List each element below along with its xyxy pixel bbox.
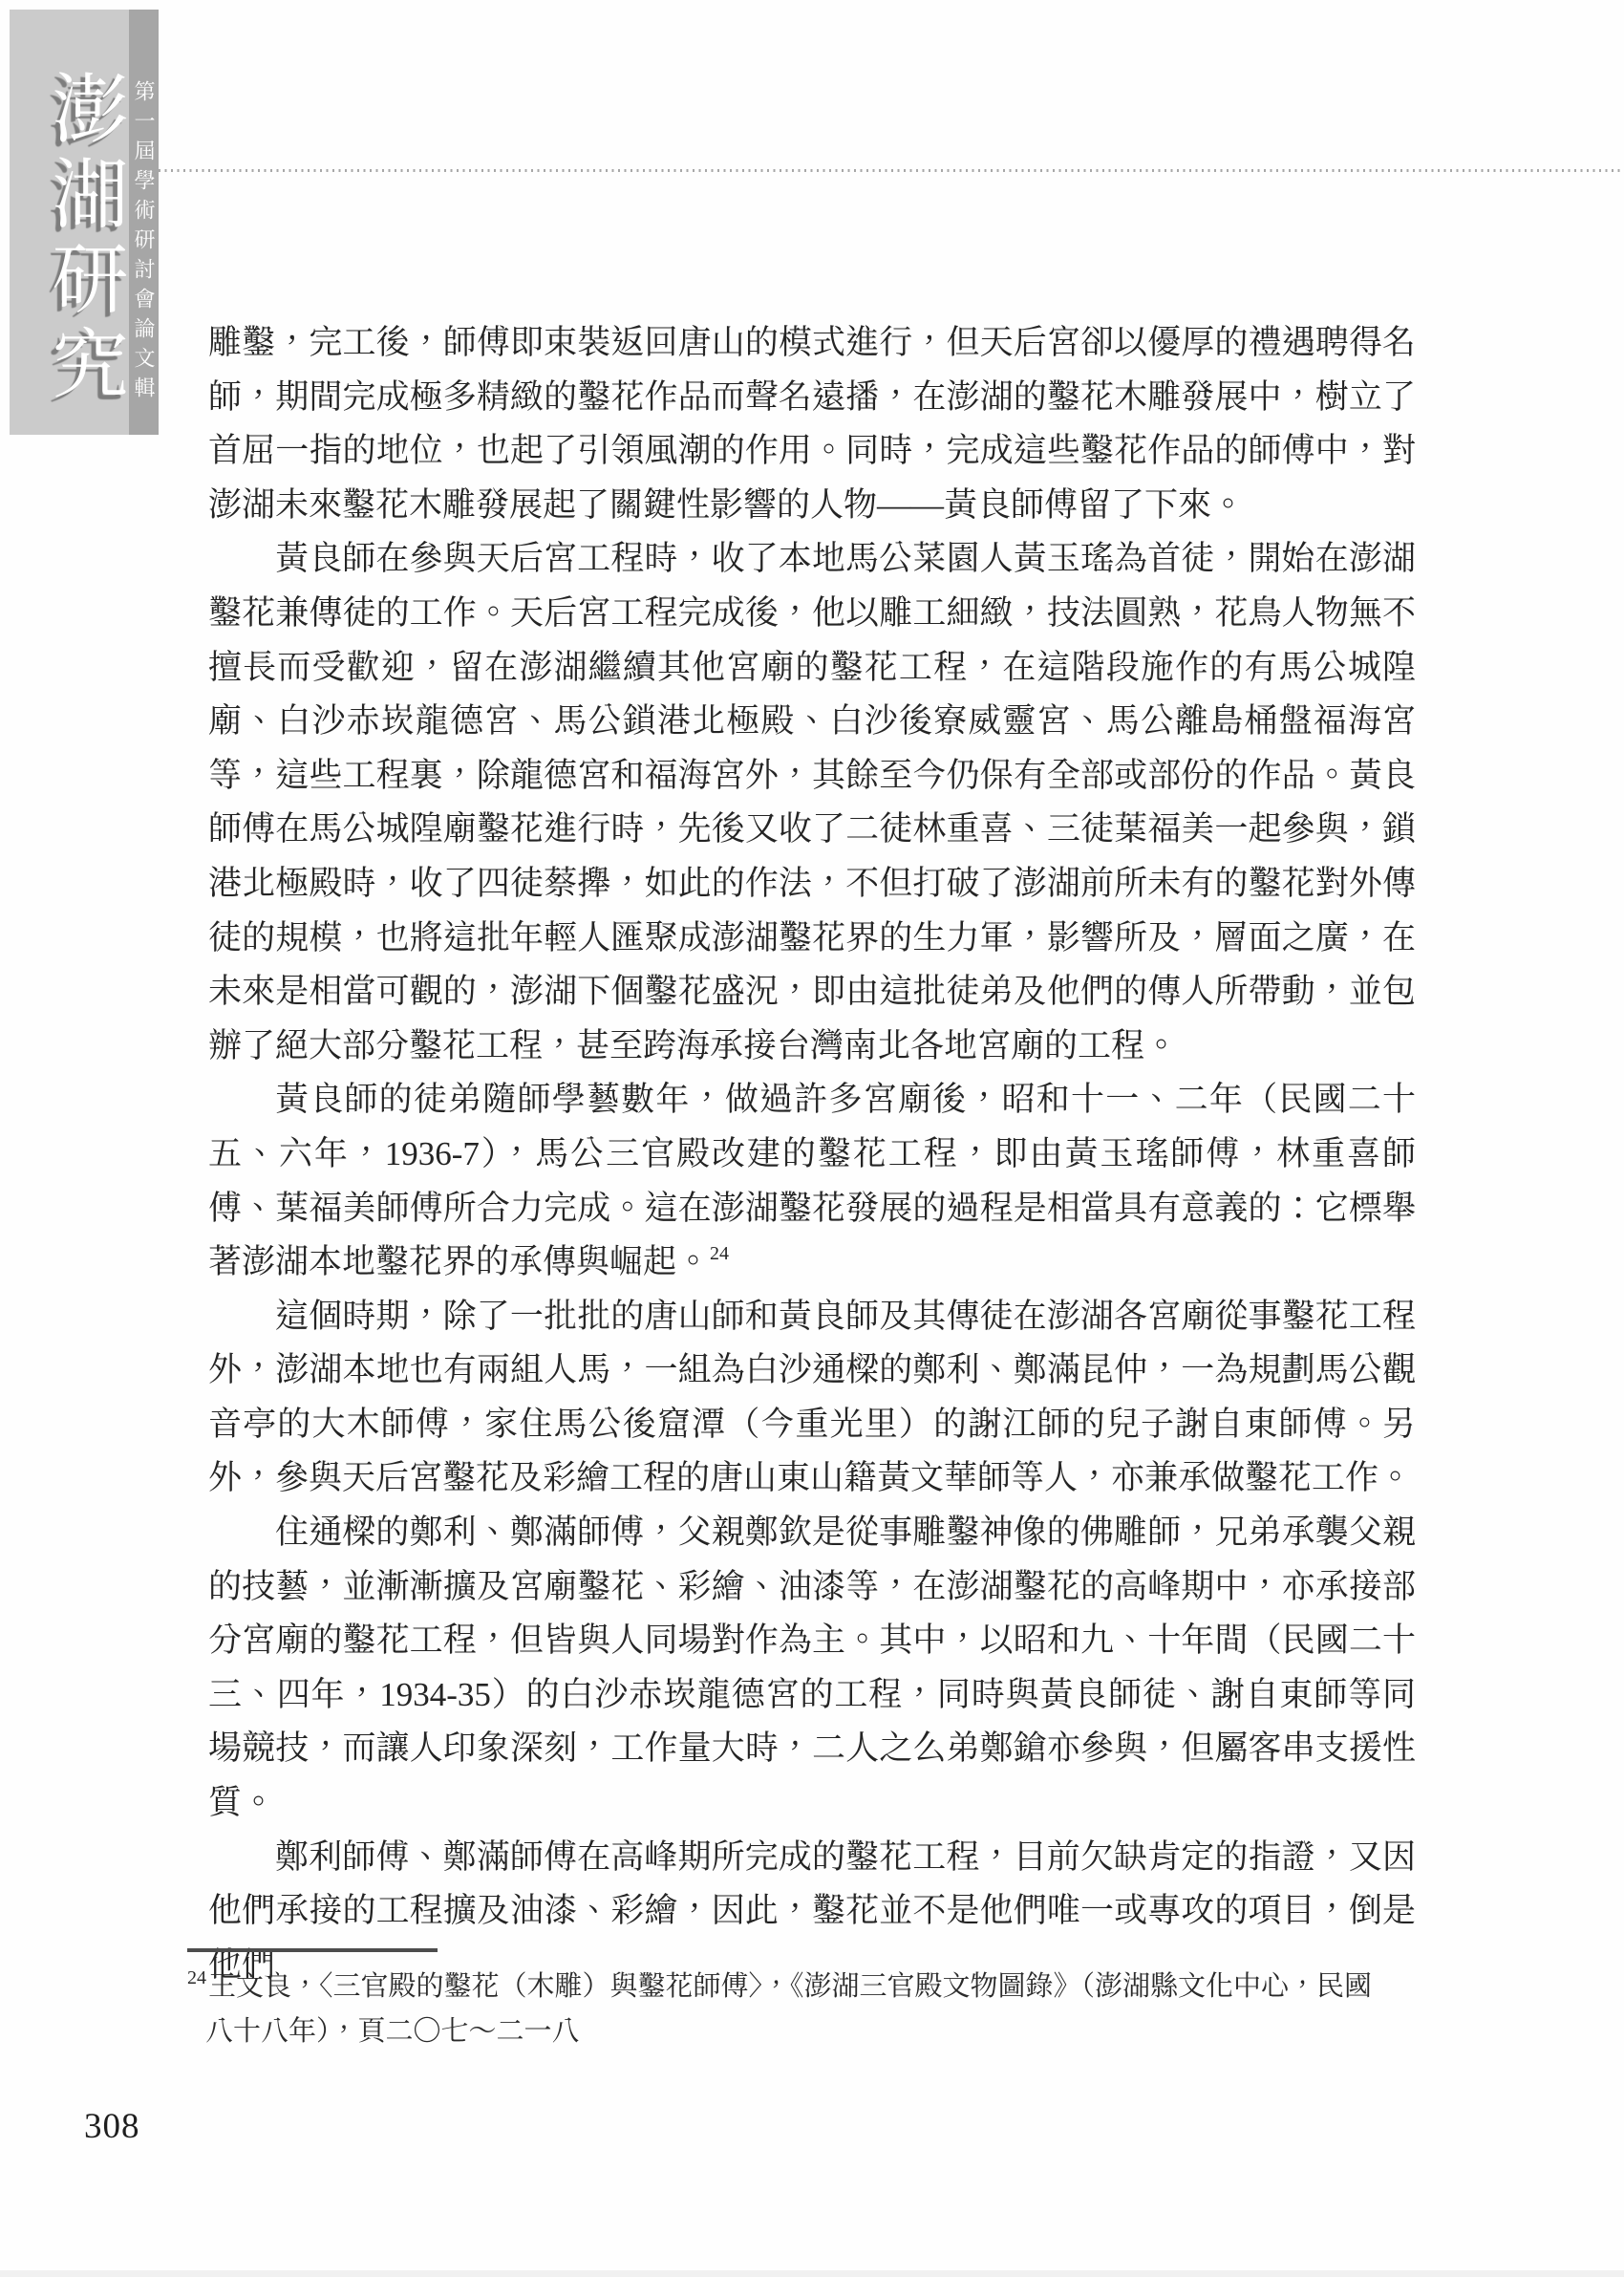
scanned-document-page: 澎湖研究 第一屆學術研討會論文輯 雕鑿，完工後，師傅即束裝返回唐山的模式進行，但… <box>0 0 1624 2277</box>
series-subtitle: 第一屆學術研討會論文輯 <box>133 80 154 406</box>
footnote-text: 王文良，〈三官殿的鑿花（木雕）與鑿花師傅〉，《澎湖三官殿文物圖錄》（澎湖縣文化中… <box>208 1971 1372 2002</box>
footnote-marker: 24 <box>187 1967 206 1988</box>
paragraph: 黃良師在參與天后宮工程時，收了本地馬公菜園人黃玉瑤為首徒，開始在澎湖鑿花兼傳徒的… <box>208 532 1416 1073</box>
footnote-separator <box>187 1948 438 1952</box>
paragraph: 黃良師的徒弟隨師學藝數年，做過許多宮廟後，昭和十一、二年（民國二十五、六年，19… <box>208 1073 1416 1289</box>
footnote-line: 八十八年），頁二〇七～二一八 <box>187 2009 1429 2054</box>
footnote-ref: 24 <box>710 1243 729 1264</box>
page-number: 308 <box>84 2106 140 2147</box>
paragraph: 這個時期，除了一批批的唐山師和黃良師及其傳徒在澎湖各宮廟從事鑿花工程外，澎湖本地… <box>208 1290 1416 1506</box>
paragraph: 雕鑿，完工後，師傅即束裝返回唐山的模式進行，但天后宮卻以優厚的禮遇聘得名師，期間… <box>208 316 1416 532</box>
paragraph-text: 黃良師的徒弟隨師學藝數年，做過許多宮廟後，昭和十一、二年（民國二十五、六年，19… <box>208 1081 1416 1280</box>
footnote: 24王文良，〈三官殿的鑿花（木雕）與鑿花師傅〉，《澎湖三官殿文物圖錄》（澎湖縣文… <box>187 1965 1429 2054</box>
page-bottom-edge <box>0 2270 1624 2277</box>
paragraph: 住通樑的鄭利、鄭滿師傅，父親鄭欽是從事雕鑿神像的佛雕師，兄弟承襲父親的技藝，並漸… <box>208 1506 1416 1831</box>
body-text: 雕鑿，完工後，師傅即束裝返回唐山的模式進行，但天后宮卻以優厚的禮遇聘得名師，期間… <box>208 316 1416 1992</box>
series-title: 澎湖研究 <box>44 69 120 409</box>
footnote-line: 24王文良，〈三官殿的鑿花（木雕）與鑿花師傅〉，《澎湖三官殿文物圖錄》（澎湖縣文… <box>187 1965 1429 2009</box>
header-dotted-rule <box>159 169 1624 172</box>
